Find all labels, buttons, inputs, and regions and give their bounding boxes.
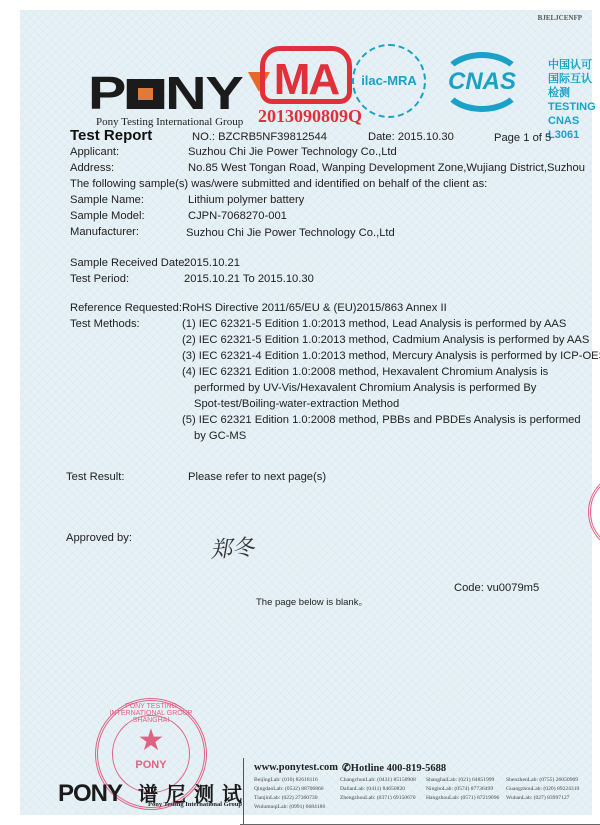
cnas-logo: CNAS xyxy=(440,52,524,112)
received-value: 2015.10.21 xyxy=(184,258,240,269)
lab-contact: ChangchunLab: (0431) 85150908 xyxy=(340,777,426,783)
sample-model-value: CJPN-7068270-001 xyxy=(188,211,287,222)
lab-contact: ShenzhenLab: (0755) 26050909 xyxy=(506,777,596,783)
lab-contact: GuangzhouLab: (020) 89224310 xyxy=(506,786,596,792)
cma-mark: MA xyxy=(260,46,352,104)
page-indicator: Page 1 of 5 xyxy=(494,133,551,144)
method-item: (5) IEC 62321 Edition 1.0:2008 method, P… xyxy=(182,415,581,426)
lab-contact: NingboLab: (0574) 87736499 xyxy=(426,786,506,792)
sample-model-label: Sample Model: xyxy=(70,211,145,222)
report-page: BJELJCENFP PNY Pony Testing Internationa… xyxy=(20,10,592,815)
footer-subtitle: Pony Testing International Group xyxy=(148,801,242,808)
lab-contact: BeijingLab: (010) 82618116 xyxy=(254,777,340,783)
report-date: Date: 2015.10.30 xyxy=(368,132,454,143)
address-value: No.85 West Tongan Road, Wanping Developm… xyxy=(188,163,585,174)
report-number: NO.: BZCRB5NF39812544 xyxy=(192,132,327,143)
lab-contact: ZhengzhouLab: (0371) 69150670 xyxy=(340,795,426,801)
code-field: Code: vu0079m5 xyxy=(454,583,539,594)
method-item: (4) IEC 62321 Edition 1.0:2008 method, H… xyxy=(182,367,548,378)
website-link[interactable]: www.ponytest.com xyxy=(254,762,338,773)
applicant-label: Applicant: xyxy=(70,147,119,158)
sample-name-label: Sample Name: xyxy=(70,195,144,206)
cma-number: 2013090809Q xyxy=(258,106,362,127)
lab-contact: WuhanLab: (027) 83997127 xyxy=(506,795,596,801)
logo-square-icon xyxy=(126,79,164,109)
manufacturer-value: Suzhou Chi Jie Power Technology Co.,Ltd xyxy=(186,228,395,239)
intro-text: The following sample(s) was/were submitt… xyxy=(70,179,487,190)
manufacturer-label: Manufacturer: xyxy=(70,227,139,238)
method-item-cont: performed by UV-Vis/Hexavalent Chromium … xyxy=(194,383,536,394)
method-item: (3) IEC 62321-4 Edition 1.0:2013 method,… xyxy=(182,351,600,362)
hotline: ✆Hotline 400-819-5688 xyxy=(342,762,446,774)
applicant-value: Suzhou Chi Jie Power Technology Co.,Ltd xyxy=(188,147,397,158)
methods-label: Test Methods: xyxy=(70,319,140,330)
footer-logo: PONY xyxy=(58,780,122,808)
method-item: (2) IEC 62321-5 Edition 1.0:2013 method,… xyxy=(182,335,589,346)
signature: 郑冬 xyxy=(209,531,255,565)
pony-logo: PNY xyxy=(88,70,242,116)
received-label: Sample Received Date: xyxy=(70,258,188,269)
sample-name-value: Lithium polymer battery xyxy=(188,195,304,206)
accreditation-text: 中国认可 国际互认 检测 TESTING CNAS L3061 xyxy=(548,58,596,142)
lab-contact: QingdaoLab: (0532) 88706866 xyxy=(254,786,340,792)
approved-label: Approved by: xyxy=(66,533,132,544)
lab-contact: DalianLab: (0411) 84650820 xyxy=(340,786,426,792)
period-label: Test Period: xyxy=(70,274,129,285)
lab-contact: WulumuqiLab: (0991) 6684186 xyxy=(254,804,340,810)
address-label: Address: xyxy=(70,163,114,174)
lab-contact: TianjinLab: (022) 27360730 xyxy=(254,795,340,801)
method-item: (1) IEC 62321-5 Edition 1.0:2013 method,… xyxy=(182,319,566,330)
report-title: Test Report xyxy=(70,128,152,143)
seal-center-text: PONY xyxy=(98,759,204,771)
footer-divider xyxy=(243,758,244,825)
star-icon: ★ xyxy=(98,723,204,758)
ilac-mra-logo: ilac-MRA xyxy=(352,44,426,118)
period-value: 2015.10.21 To 2015.10.30 xyxy=(184,274,314,285)
result-label: Test Result: xyxy=(66,472,124,483)
method-item-cont: by GC-MS xyxy=(194,431,246,442)
lab-contact: HangzhouLab: (0571) 87219096 xyxy=(426,795,506,801)
lab-contact: ShanghaiLab: (021) 64851999 xyxy=(426,777,506,783)
edge-stamp xyxy=(588,472,600,552)
result-value: Please refer to next page(s) xyxy=(188,472,326,483)
corner-code: BJELJCENFP xyxy=(538,14,582,22)
reference-value: RoHS Directive 2011/65/EU & (EU)2015/863… xyxy=(182,303,447,314)
reference-label: Reference Requested: xyxy=(70,303,182,314)
blank-note: The page below is blank。 xyxy=(256,598,368,608)
lab-contacts: BeijingLab: (010) 82618116 ChangchunLab:… xyxy=(254,777,596,810)
method-item-cont: Spot-test/Boiling-water-extraction Metho… xyxy=(194,399,399,410)
